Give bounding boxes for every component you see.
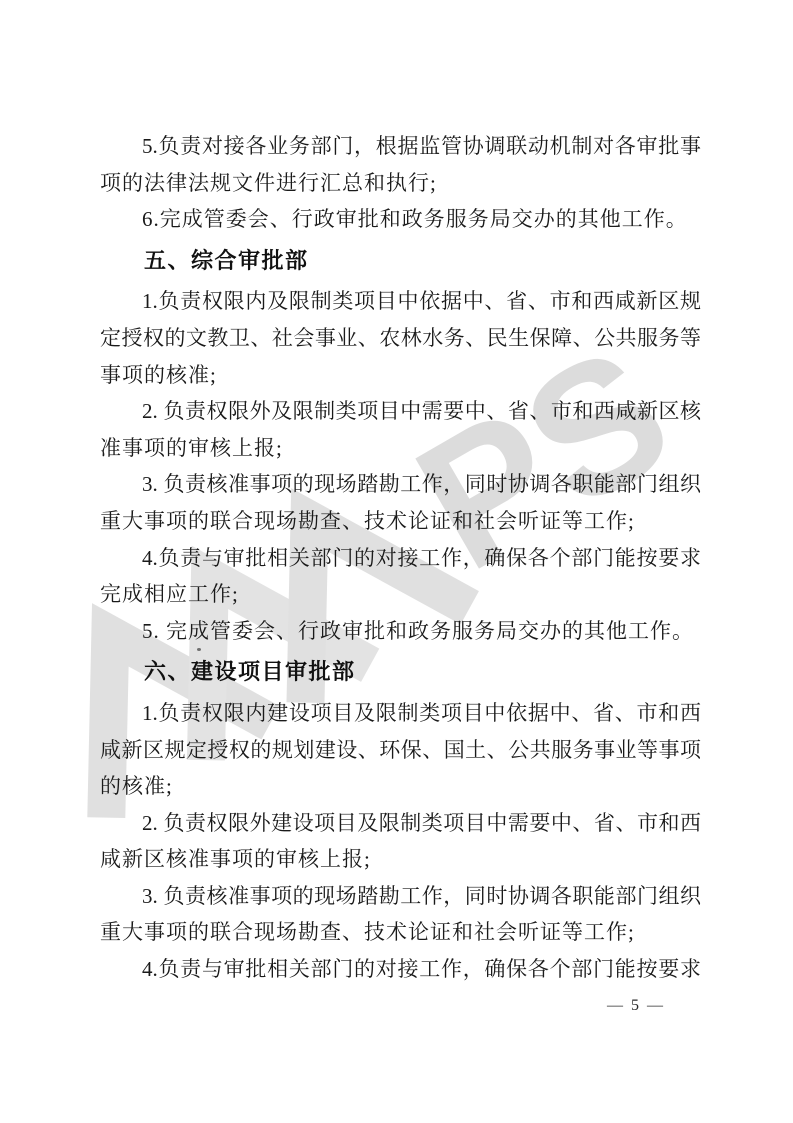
body-line: 4.负责与审批相关部门的对接工作，确保各个部门能按要求: [100, 951, 701, 988]
section-heading: 六、建设项目审批部: [100, 654, 701, 691]
document-body: 5.负责对接各业务部门，根据监管协调联动机制对各审批事 项的法律法规文件进行汇总…: [100, 128, 701, 988]
body-line: 重大事项的联合现场勘查、技术论证和社会听证等工作;: [100, 914, 701, 951]
body-line: 4.负责与审批相关部门的对接工作，确保各个部门能按要求: [100, 540, 701, 577]
body-line: 咸新区规定授权的规划建设、环保、国土、公共服务事业等事项: [100, 732, 701, 769]
body-line: 事项的核准;: [100, 357, 701, 394]
body-line: 2. 负责权限外建设项目及限制类项目中需要中、省、市和西: [100, 805, 701, 842]
body-line: 3. 负责核准事项的现场踏勘工作，同时协调各职能部门组织: [100, 878, 701, 915]
page-number: — 5 —: [594, 997, 678, 1015]
section-heading: 五、综合审批部: [100, 243, 701, 280]
body-line: 项的法律法规文件进行汇总和执行;: [100, 165, 701, 202]
body-line: 2. 负责权限外及限制类项目中需要中、省、市和西咸新区核: [100, 393, 701, 430]
body-line: 1.负责权限内建设项目及限制类项目中依据中、省、市和西: [100, 695, 701, 732]
body-line: 重大事项的联合现场勘查、技术论证和社会听证等工作;: [100, 503, 701, 540]
body-line: 6.完成管委会、行政审批和政务服务局交办的其他工作。: [100, 201, 701, 238]
body-line: 完成相应工作;: [100, 576, 701, 613]
body-line: 5.负责对接各业务部门，根据监管协调联动机制对各审批事: [100, 128, 701, 165]
body-line: 咸新区核准事项的审核上报;: [100, 841, 701, 878]
body-line: 准事项的审核上报;: [100, 430, 701, 467]
body-line: 的核准;: [100, 768, 701, 805]
body-line: 5. 完成管委会、行政审批和政务服务局交办的其他工作。: [100, 613, 701, 650]
body-line: 1.负责权限内及限制类项目中依据中、省、市和西咸新区规: [100, 283, 701, 320]
body-line: 3. 负责核准事项的现场踏勘工作，同时协调各职能部门组织: [100, 466, 701, 503]
body-line: 定授权的文教卫、社会事业、农林水务、民生保障、公共服务等: [100, 320, 701, 357]
document-page: PS 5.负责对接各业务部门，根据监管协调联动机制对各审批事 项的法律法规文件进…: [0, 0, 793, 1123]
